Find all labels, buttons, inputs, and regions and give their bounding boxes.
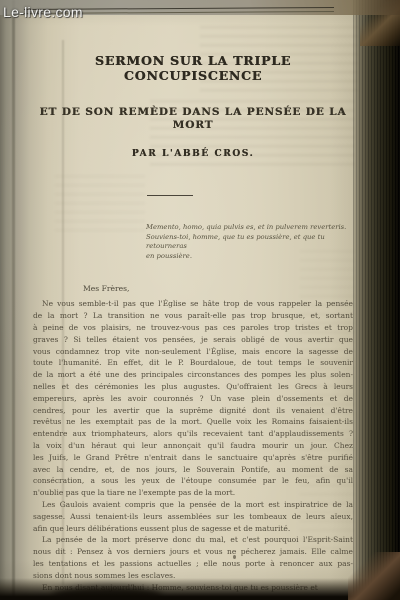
- seller-watermark: Le-livre.com: [3, 4, 83, 20]
- body-line: afin que leurs délibérations eussent plu…: [33, 523, 353, 535]
- body-line: les tentations et les passions actuelles…: [33, 558, 353, 570]
- body-line: nous dit : Pensez à vos derniers jours e…: [33, 546, 353, 558]
- body-line: les Juifs, le Grand Prêtre n'entrait dan…: [33, 452, 353, 464]
- epigraph-french-2: en poussière.: [146, 252, 353, 262]
- book-fore-edge: [353, 0, 400, 600]
- body-line: sagesse. Aussi tenaient-ils leurs assemb…: [33, 511, 353, 523]
- body-line: empereurs, après les avoir couronnés ? U…: [33, 393, 353, 405]
- scanned-book-page-photo: SERMON SUR LA TRIPLE CONCUPISCENCE ET DE…: [0, 0, 400, 600]
- epigraph-latin: Memento, homo, quia pulvis es, et in pul…: [146, 223, 353, 233]
- body-line: la voix d'un héraut qui leur annonçait q…: [33, 440, 353, 452]
- body-line: Les Gaulois avaient compris que la pensé…: [33, 499, 353, 511]
- body-line: vous condamnez trop vite non-seulement l…: [33, 346, 353, 358]
- body-line: entendre aux triomphateurs, alors qu'ils…: [33, 428, 353, 440]
- print-speck: [233, 555, 236, 559]
- epigraph: Memento, homo, quia pulvis es, et in pul…: [146, 223, 353, 261]
- page-bottom-edge: [0, 578, 400, 600]
- body-line: cendres, pour les avertir que la suprême…: [33, 405, 353, 417]
- section-divider-rule: [147, 195, 193, 196]
- body-line: graves ? Si telles étaient vos pensées, …: [33, 334, 353, 346]
- body-line: de la mort ? La transition ne vous paraî…: [33, 310, 353, 322]
- sermon-body: Ne vous semble-t-il pas que l'Église se …: [33, 298, 353, 593]
- body-line: revêtus ne les exemptait pas de la mort.…: [33, 416, 353, 428]
- page-content: SERMON SUR LA TRIPLE CONCUPISCENCE ET DE…: [33, 46, 353, 593]
- body-line: avec la cendre, et, de nos jours, le Sou…: [33, 464, 353, 476]
- body-line: de la mort a été une des principales cir…: [33, 369, 353, 381]
- body-line: Ne vous semble-t-il pas que l'Église se …: [33, 298, 353, 310]
- salutation: Mes Frères,: [83, 284, 353, 293]
- body-line: La pensée de la mort préserve donc du ma…: [33, 534, 353, 546]
- epigraph-french-1: Souviens-toi, homme, que tu es poussière…: [146, 233, 353, 252]
- body-line: n'oublie pas que la tiare ne l'exempte p…: [33, 487, 353, 499]
- body-line: consécration, a sous les yeux de l'étoup…: [33, 475, 353, 487]
- gutter-crease: [12, 0, 15, 600]
- body-line: nelles et des cérémonies les plus august…: [33, 381, 353, 393]
- author-byline: PAR L'ABBÉ CROS.: [33, 149, 353, 159]
- sermon-title-line-2: ET DE SON REMÈDE DANS LA PENSÉE DE LA MO…: [33, 106, 353, 132]
- body-line: toute l'humanité. En effet, dit le P. Bo…: [33, 357, 353, 369]
- body-line: à peine de vos plaisirs, ne trouvez-vous…: [33, 322, 353, 334]
- book-corner-bottom-right: [348, 552, 400, 600]
- sermon-title-line-1: SERMON SUR LA TRIPLE CONCUPISCENCE: [33, 53, 353, 83]
